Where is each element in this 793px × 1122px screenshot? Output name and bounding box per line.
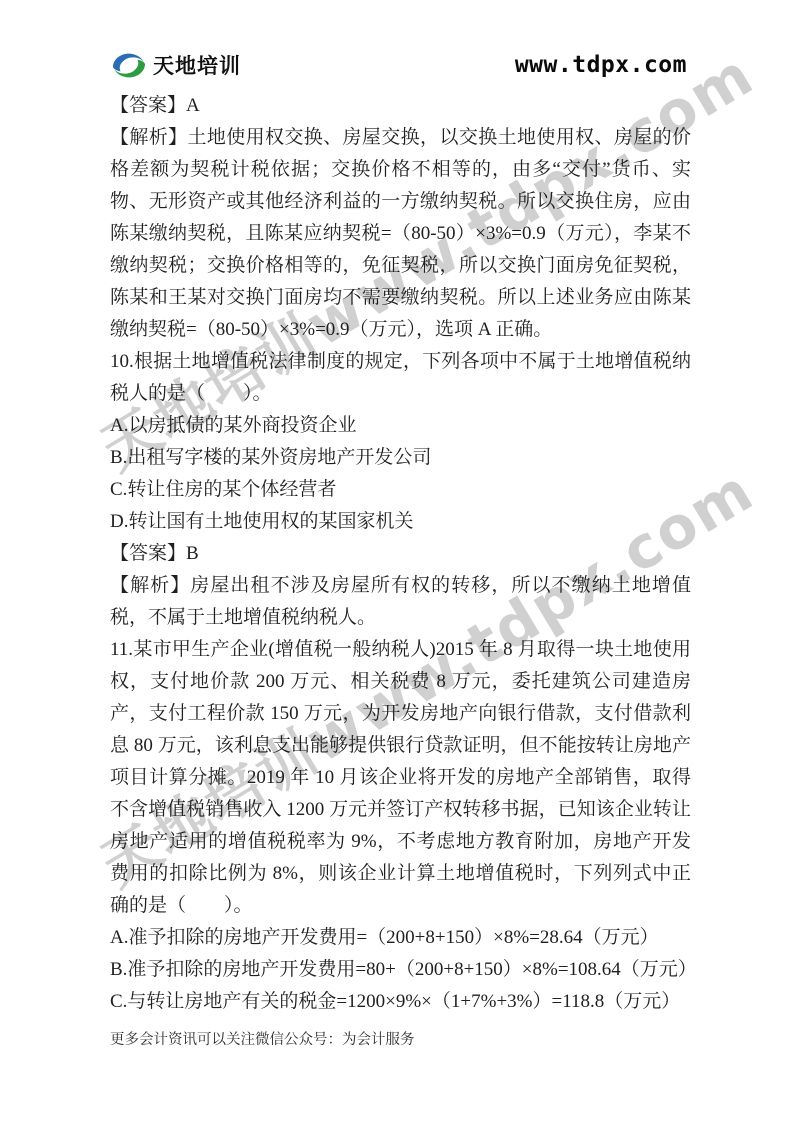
paragraph: 【解析】房屋出租不涉及房屋所有权的转移，所以不缴纳土地增值税，不属于土地增值税纳…: [110, 570, 691, 634]
logo-swirl-icon: [112, 52, 146, 79]
logo-company-name: 天地培训: [153, 50, 241, 80]
header-website-url: www.tdpx.com: [515, 52, 687, 78]
document-body: 【答案】A【解析】土地使用权交换、房屋交换，以交换土地使用权、房屋的价格差额为契…: [110, 90, 691, 1018]
paragraph: A.以房抵债的某外商投资企业: [110, 410, 691, 442]
paragraph: C.转让住房的某个体经营者: [110, 474, 691, 506]
paragraph: D.转让国有土地使用权的某国家机关: [110, 506, 691, 538]
paragraph: 11.某市甲生产企业(增值税一般纳税人)2015 年 8 月取得一块土地使用权，…: [110, 634, 691, 922]
document-page: 天地培训www.tdpx.com 天地培训www.tdpx.com 天地培训 w…: [0, 0, 793, 1122]
paragraph: 10.根据土地增值税法律制度的规定，下列各项中不属于土地增值税纳税人的是（ ）。: [110, 346, 691, 410]
paragraph: 【解析】土地使用权交换、房屋交换，以交换土地使用权、房屋的价格差额为契税计税依据…: [110, 122, 691, 346]
paragraph: B.出租写字楼的某外资房地产开发公司: [110, 442, 691, 474]
paragraph: C.与转让房地产有关的税金=1200×9%×（1+7%+3%）=118.8（万元…: [110, 986, 691, 1018]
paragraph: A.准予扣除的房地产开发费用=（200+8+150）×8%=28.64（万元）: [110, 922, 691, 954]
paragraph: 【答案】B: [110, 538, 691, 570]
footer-wechat-note: 更多会计资讯可以关注微信公众号：为会计服务: [110, 1028, 415, 1049]
paragraph: 【答案】A: [110, 90, 691, 122]
company-logo: 天地培训: [112, 50, 241, 80]
paragraph: B.准予扣除的房地产开发费用=80+（200+8+150）×8%=108.64（…: [110, 954, 691, 986]
